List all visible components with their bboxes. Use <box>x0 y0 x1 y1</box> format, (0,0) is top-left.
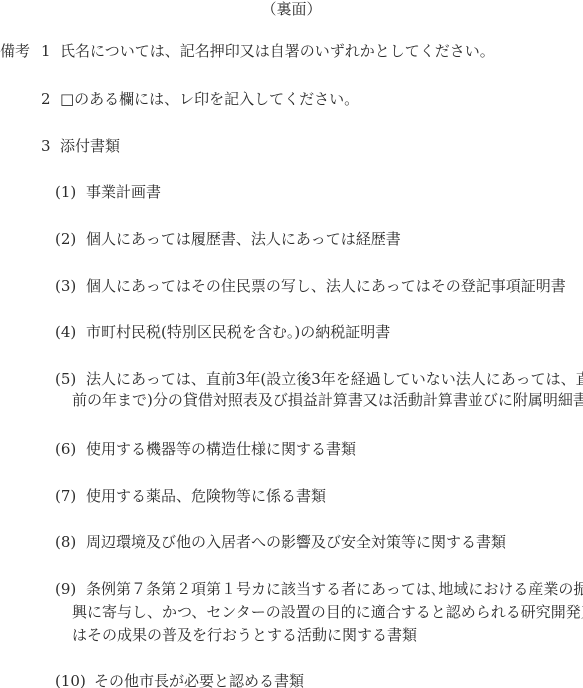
attachment-text: 周辺環境及び他の入居者への影響及び安全対策等に関する書類 <box>86 535 506 550</box>
attachment-label: (10) <box>55 674 86 688</box>
note-number-1: 1 <box>41 44 51 59</box>
attachment-label: (8) <box>55 535 76 550</box>
attachment-text: 個人にあっては履歴書、法人にあっては経歴書 <box>86 232 401 247</box>
note-number-2: 2 <box>41 92 51 107</box>
note-number-3: 3 <box>41 139 51 154</box>
attachment-text: 使用する薬品、危険物等に係る書類 <box>86 489 326 504</box>
note-text-2: □のある欄には、レ印を記入してください。 <box>60 92 359 107</box>
attachment-text: 事業計画書 <box>86 185 161 200</box>
attachment-text: 条例第７条第２項第１号カに該当する者にあっては､地域における産業の振 <box>86 582 583 597</box>
page-title: （裏面） <box>0 2 583 17</box>
attachment-label: (1) <box>55 185 76 200</box>
attachment-label: (4) <box>55 325 76 340</box>
attachment-text-continued: 前の年まで)分の貸借対照表及び損益計算書又は活動計算書並びに附属明細書 <box>72 393 583 408</box>
attachment-label: (5) <box>55 372 76 387</box>
attachment-text-continued: はその成果の普及を行おうとする活動に関する書類 <box>72 628 417 643</box>
attachment-text: 法人にあっては、直前3年(設立後3年を経過していない法人にあっては、直 <box>86 372 583 387</box>
attachment-label: (6) <box>55 442 76 457</box>
attachment-text: その他市長が必要と認める書類 <box>94 674 304 688</box>
attachment-text: 使用する機器等の構造仕様に関する書類 <box>86 442 356 457</box>
note-text-1: 氏名については、記名押印又は自署のいずれかとしてください。 <box>60 44 495 59</box>
attachment-text: 個人にあってはその住民票の写し、法人にあってはその登記事項証明書 <box>86 279 566 294</box>
attachment-label: (2) <box>55 232 76 247</box>
attachment-label: (7) <box>55 489 76 504</box>
notes-label: 備考 <box>0 44 30 59</box>
attachment-text: 市町村民税(特別区民税を含む。)の納税証明書 <box>86 325 390 340</box>
attachment-label: (3) <box>55 279 76 294</box>
note-text-3: 添付書類 <box>60 139 120 154</box>
attachment-label: (9) <box>55 582 76 597</box>
attachment-text-continued: 興に寄与し、かつ、センターの設置の目的に適合すると認められる研究開発又 <box>72 605 583 620</box>
